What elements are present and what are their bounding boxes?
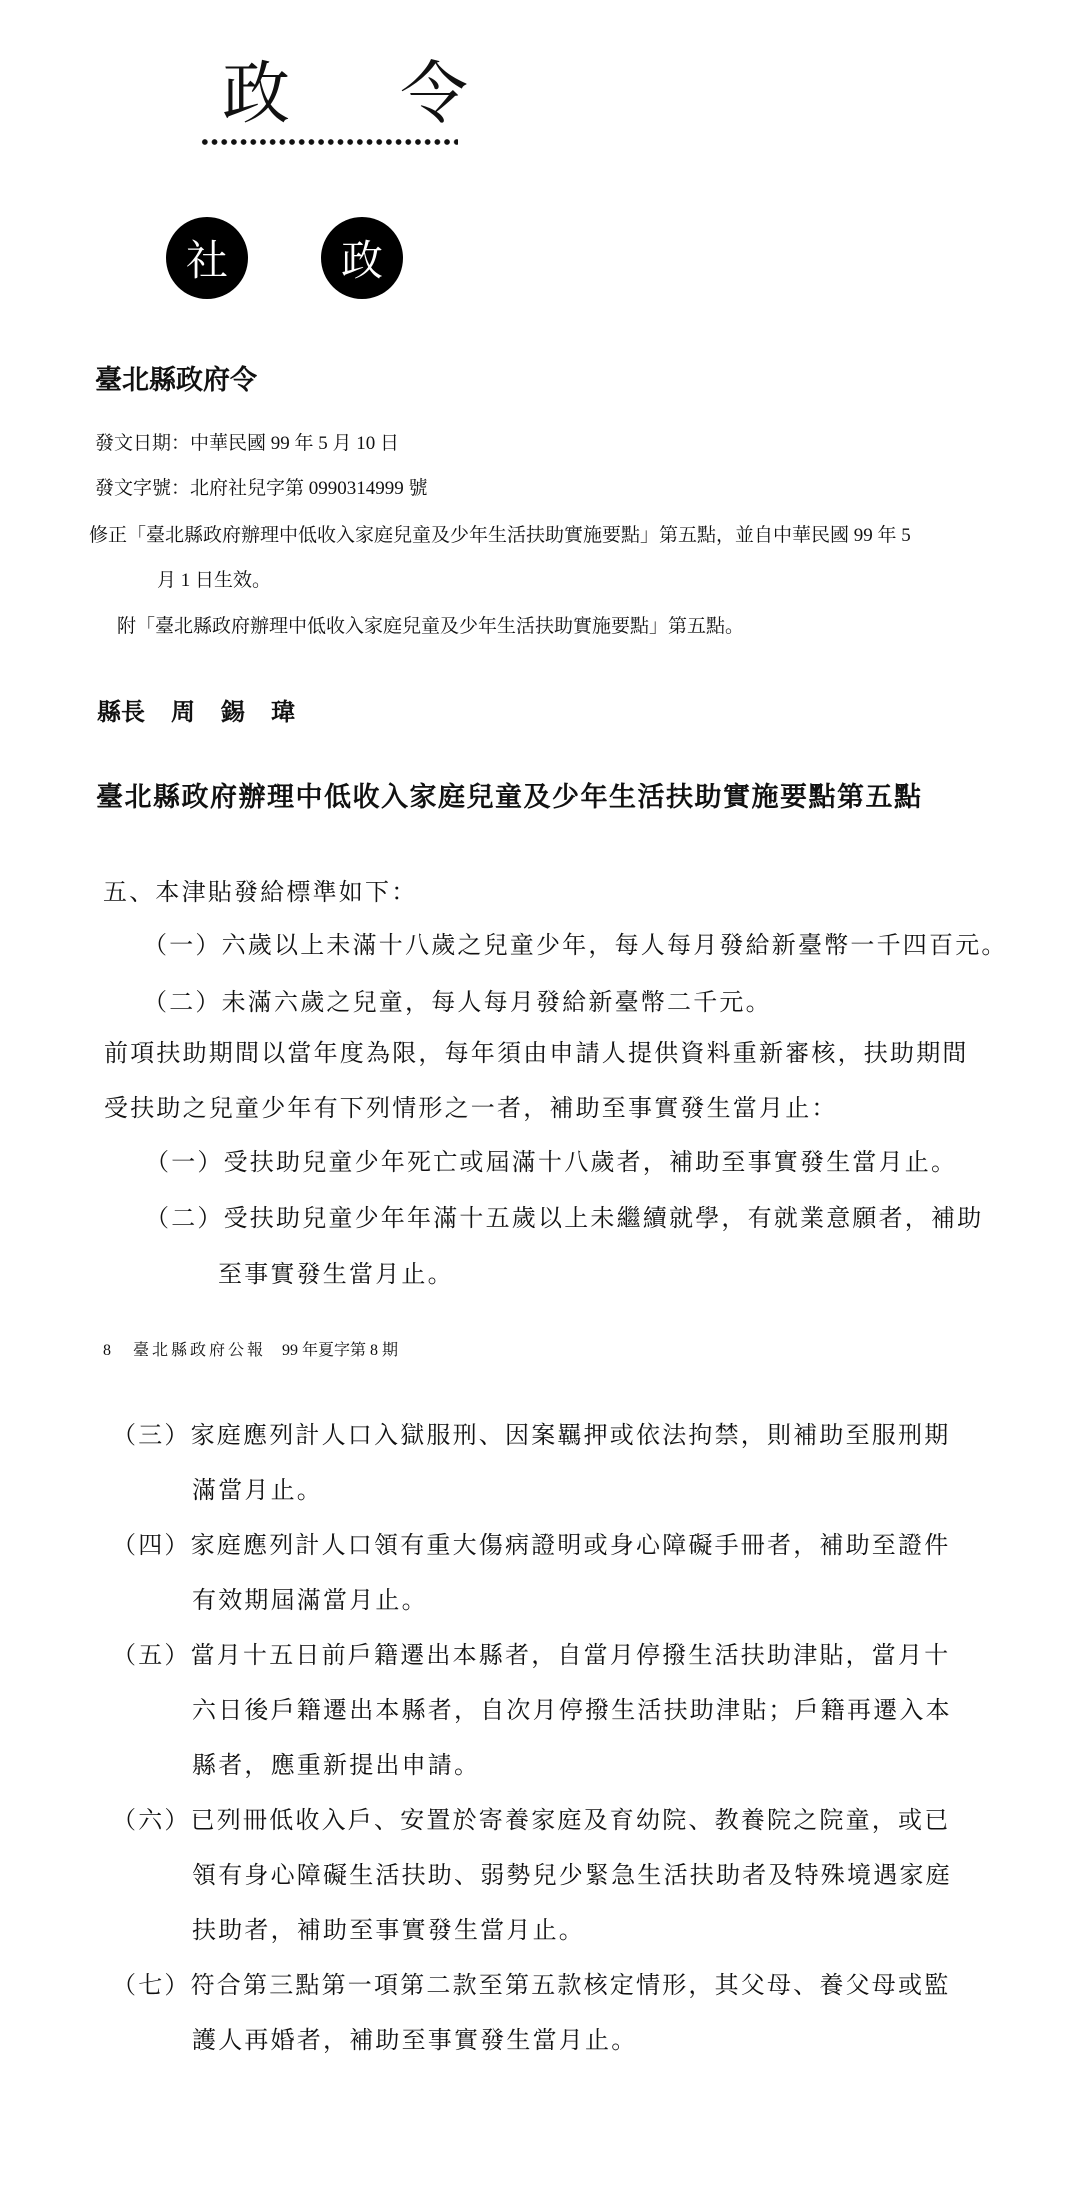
document-number: 發文字號：北府社兒字第 0990314999 號	[95, 473, 428, 500]
section-banner-title: 政令	[222, 40, 468, 137]
section-badge-social: 社	[166, 217, 248, 299]
condition-item-continued: 有效期屆滿當月止。	[192, 1580, 428, 1615]
order-title: 臺北縣政府令	[95, 358, 257, 397]
paragraph-line: 受扶助之兒童少年有下列情形之一者，補助至事實發生當月止：	[104, 1088, 838, 1123]
condition-item: （二）受扶助兒童少年年滿十五歲以上未繼續就學，有就業意願者，補助	[145, 1198, 983, 1233]
standard-item: （一）六歲以上未滿十八歲之兒童少年，每人每月發給新臺幣一千四百元。	[143, 925, 1008, 960]
condition-item: （三）家庭應列計人口入獄服刑、因案羈押或依法拘禁，則補助至服刑期	[112, 1415, 950, 1450]
paragraph-line: 前項扶助期間以當年度為限，每年須由申請人提供資料重新審核，扶助期間	[104, 1033, 969, 1068]
condition-item-continued: 六日後戶籍遷出本縣者，自次月停撥生活扶助津貼；戶籍再遷入本	[192, 1690, 952, 1725]
document-title: 臺北縣政府辦理中低收入家庭兒童及少年生活扶助實施要點第五點	[96, 775, 923, 814]
page-footer: 8臺北縣政府公報99 年夏字第 8 期	[103, 1337, 398, 1360]
signature-name: 周錫瑋	[171, 697, 321, 726]
issue-date: 發文日期：中華民國 99 年 5 月 10 日	[95, 428, 399, 455]
condition-item-continued: 縣者，應重新提出申請。	[192, 1745, 480, 1780]
condition-item: （一）受扶助兒童少年死亡或屆滿十八歲者，補助至事實發生當月止。	[145, 1142, 957, 1177]
banner-char: 政	[222, 40, 290, 137]
condition-item-continued: 領有身心障礙生活扶助、弱勢兒少緊急生活扶助者及特殊境遇家庭	[192, 1855, 952, 1890]
condition-item-continued: 護人再婚者，補助至事實發生當月止。	[192, 2020, 637, 2055]
section-badge-administration: 政	[321, 217, 403, 299]
page-number: 8	[103, 1342, 111, 1359]
amendment-text-continued: 月 1 日生效。	[157, 565, 271, 592]
condition-item: （六）已列冊低收入戶、安置於寄養家庭及育幼院、教養院之院童，或已	[112, 1800, 950, 1835]
condition-item: （四）家庭應列計人口領有重大傷病證明或身心障礙手冊者，補助至證件	[112, 1525, 950, 1560]
condition-item-continued: 至事實發生當月止。	[218, 1254, 454, 1289]
condition-item: （七）符合第三點第一項第二款至第五款核定情形，其父母、養父母或監	[112, 1965, 950, 2000]
dotted-divider	[200, 137, 458, 147]
banner-char: 令	[400, 40, 468, 137]
section-heading: 五、本津貼發給標準如下：	[103, 872, 417, 907]
signature: 縣長周錫瑋	[97, 692, 321, 727]
condition-item-continued: 扶助者，補助至事實發生當月止。	[192, 1910, 585, 1945]
attachment-note: 附「臺北縣政府辦理中低收入家庭兒童及少年生活扶助實施要點」第五點。	[117, 611, 744, 638]
issue-label: 99 年夏字第 8 期	[282, 1342, 398, 1359]
condition-item: （五）當月十五日前戶籍遷出本縣者，自當月停撥生活扶助津貼，當月十	[112, 1635, 950, 1670]
condition-item-continued: 滿當月止。	[192, 1470, 323, 1505]
amendment-text: 修正「臺北縣政府辦理中低收入家庭兒童及少年生活扶助實施要點」第五點，並自中華民國…	[89, 520, 911, 547]
publication-name: 臺北縣政府公報	[133, 1342, 266, 1359]
signature-title: 縣長	[97, 697, 145, 726]
standard-item: （二）未滿六歲之兒童，每人每月發給新臺幣二千元。	[143, 982, 772, 1017]
